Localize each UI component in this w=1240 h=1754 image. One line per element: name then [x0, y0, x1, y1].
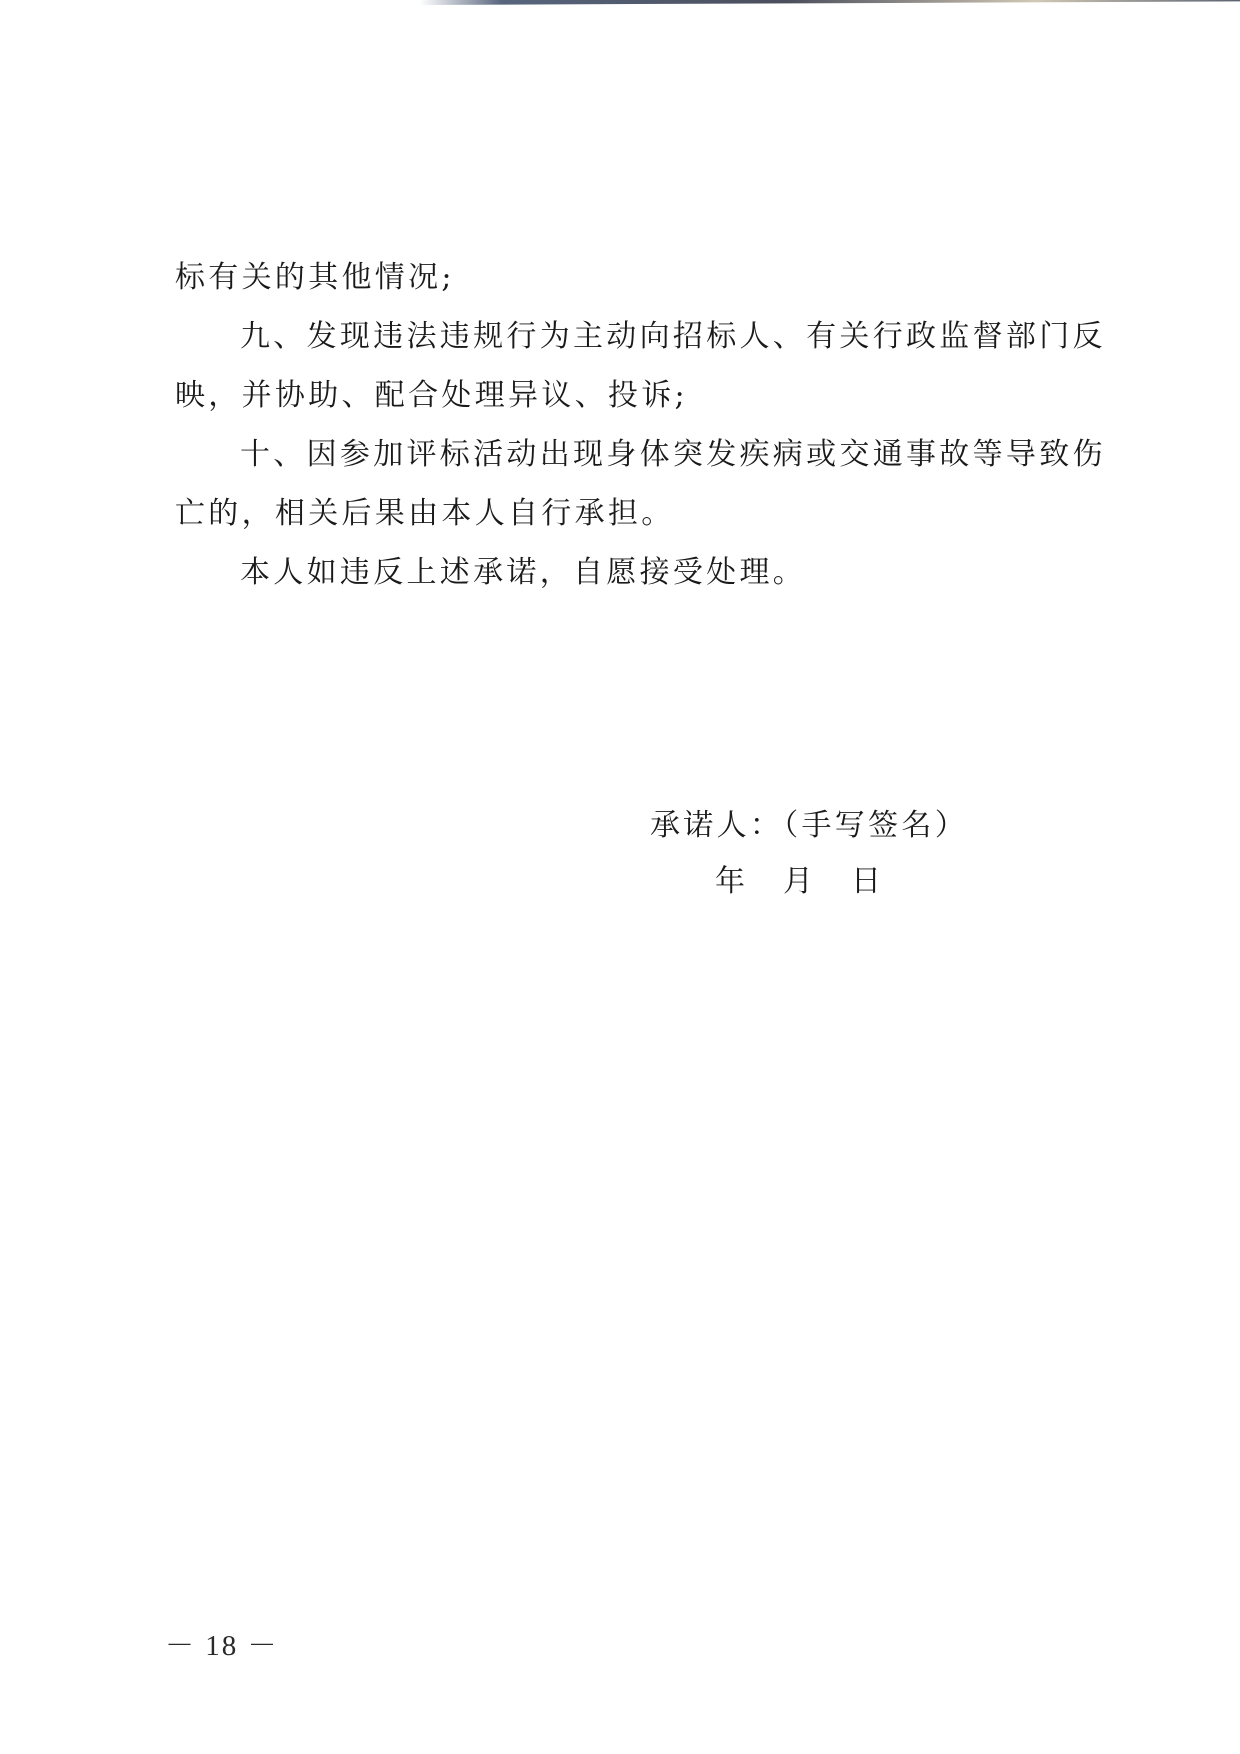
signature-label: 承诺人：（手写签名）	[650, 806, 968, 846]
date-day: 日	[851, 862, 919, 902]
clause-ten-line-1: 十、因参加评标活动出现身体突发疾病或交通事故等导致伤	[175, 435, 1085, 494]
closing-statement: 本人如违反上述承诺，自愿接受处理。	[175, 553, 1085, 612]
date-month: 月	[783, 862, 851, 902]
scan-edge-artifact	[420, 0, 1240, 5]
document-body: 标有关的其他情况; 九、发现违法违规行为主动向招标人、有关行政监督部门反 映，并…	[175, 258, 1085, 612]
clause-nine-line-1: 九、发现违法违规行为主动向招标人、有关行政监督部门反	[175, 317, 1085, 376]
date-line: 年月日	[715, 862, 919, 902]
page-number: － 18 －	[165, 1628, 279, 1664]
clause-ten-line-2: 亡的，相关后果由本人自行承担。	[175, 494, 1085, 553]
date-year: 年	[715, 862, 783, 902]
paragraph-continuation-line: 标有关的其他情况;	[175, 258, 1085, 317]
clause-nine-line-2: 映，并协助、配合处理异议、投诉;	[175, 376, 1085, 435]
